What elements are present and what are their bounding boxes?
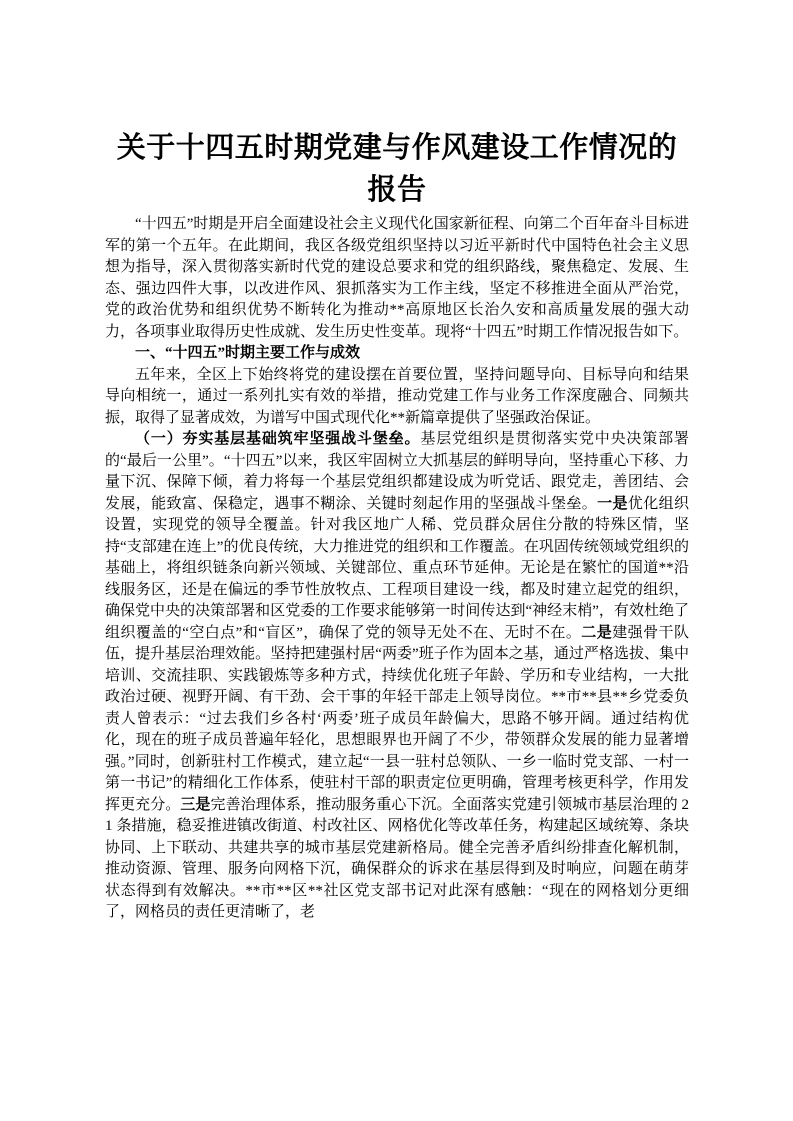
text-run: 一、“十四五”时期主要工作与成效 [135,345,360,361]
text-run: 完善治理体系，推动服务重心下沉。全面落实党建引领城市基层治理的 21 条措施，稳… [105,797,689,921]
text-run: “十四五”时期是开启全面建设社会主义现代化国家新征程、向第二个百年奋斗目标进军的… [105,216,689,340]
text-run: 优化组织设置，实现党的领导全覆盖。针对我区地广人稀、党员群众居住分散的特殊区情，… [105,496,689,641]
document-page: 关于十四五时期党建与作风建设工作情况的报告 “十四五”时期是开启全面建设社会主义… [0,0,793,1121]
intro-paragraph: “十四五”时期是开启全面建设社会主义现代化国家新征程、向第二个百年奋斗目标进军的… [105,214,689,343]
document-body: “十四五”时期是开启全面建设社会主义现代化国家新征程、向第二个百年奋斗目标进军的… [105,214,689,924]
text-run: 五年来，全区上下始终将党的建设摆在首要位置，坚持问题导向、目标导向和结果导向相统… [105,367,689,426]
section-1-overview-paragraph: 五年来，全区上下始终将党的建设摆在首要位置，坚持问题导向、目标导向和结果导向相统… [105,365,689,430]
text-run: 三是 [180,797,210,813]
text-run: 二是 [581,625,612,641]
subsection-1-paragraph: （一）夯实基层基础筑牢坚强战斗堡垒。基层党组织是贯彻落实党中央决策部署的“最后一… [105,429,689,924]
text-run: 建强骨干队伍，提升基层治理效能。坚持把建强村居“两委”班子作为固本之基，通过严格… [105,625,689,813]
section-1-heading: 一、“十四五”时期主要工作与成效 [105,343,689,365]
document-title: 关于十四五时期党建与作风建设工作情况的报告 [105,127,689,211]
text-run: 一是 [597,496,628,512]
text-run: （一）夯实基层基础筑牢坚强战斗堡垒。 [135,431,420,447]
